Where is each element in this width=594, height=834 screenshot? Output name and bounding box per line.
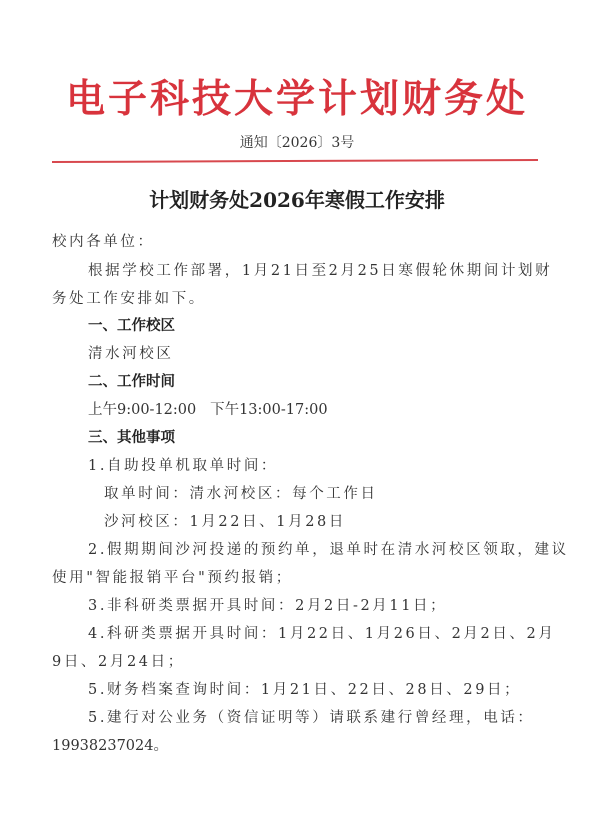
item-4-line-2: 9日、2月24日； xyxy=(52,652,185,672)
item-6-line-2: 19938237024。 xyxy=(52,736,168,756)
salutation: 校内各单位： xyxy=(52,232,155,252)
section-heading-other: 三、其他事项 xyxy=(88,428,175,448)
item-1-line-2: 沙河校区：1月22日、1月28日 xyxy=(104,512,346,532)
document-title: 计划财务处2026年寒假工作安排 xyxy=(0,186,594,214)
section-heading-campus: 一、工作校区 xyxy=(88,316,175,336)
item-1-line-1: 取单时间：清水河校区：每个工作日 xyxy=(104,484,378,504)
section-content-hours: 上午9:00-12:00 下午13:00-17:00 xyxy=(88,400,328,420)
intro-paragraph-line-2: 务处工作安排如下。 xyxy=(52,289,206,309)
item-4-line-1: 4.科研类票据开具时间：1月22日、1月26日、2月2日、2月 xyxy=(88,624,555,644)
item-3: 3.非科研类票据开具时间：2月2日-2月11日； xyxy=(88,596,447,616)
document-number: 通知〔2026〕3号 xyxy=(0,134,594,152)
section-content-campus: 清水河校区 xyxy=(88,344,174,364)
item-1-title: 1.自助投单机取单时间： xyxy=(88,456,278,476)
item-2-line-1: 2.假期期间沙河投递的预约单，退单时在清水河校区领取，建议 xyxy=(88,540,569,560)
item-5: 5.财务档案查询时间：1月21日、22日、28日、29日； xyxy=(88,680,521,700)
organization-header: 电子科技大学计划财务处 xyxy=(0,76,594,124)
red-divider-line xyxy=(52,159,538,163)
section-heading-hours: 二、工作时间 xyxy=(88,372,175,392)
item-2-line-2: 使用"智能报销平台"预约报销； xyxy=(52,568,293,588)
item-6-line-1: 5.建行对公业务（资信证明等）请联系建行曾经理，电话： xyxy=(88,708,535,728)
intro-paragraph-line-1: 根据学校工作部署，1月21日至2月25日寒假轮休期间计划财 xyxy=(88,261,552,281)
